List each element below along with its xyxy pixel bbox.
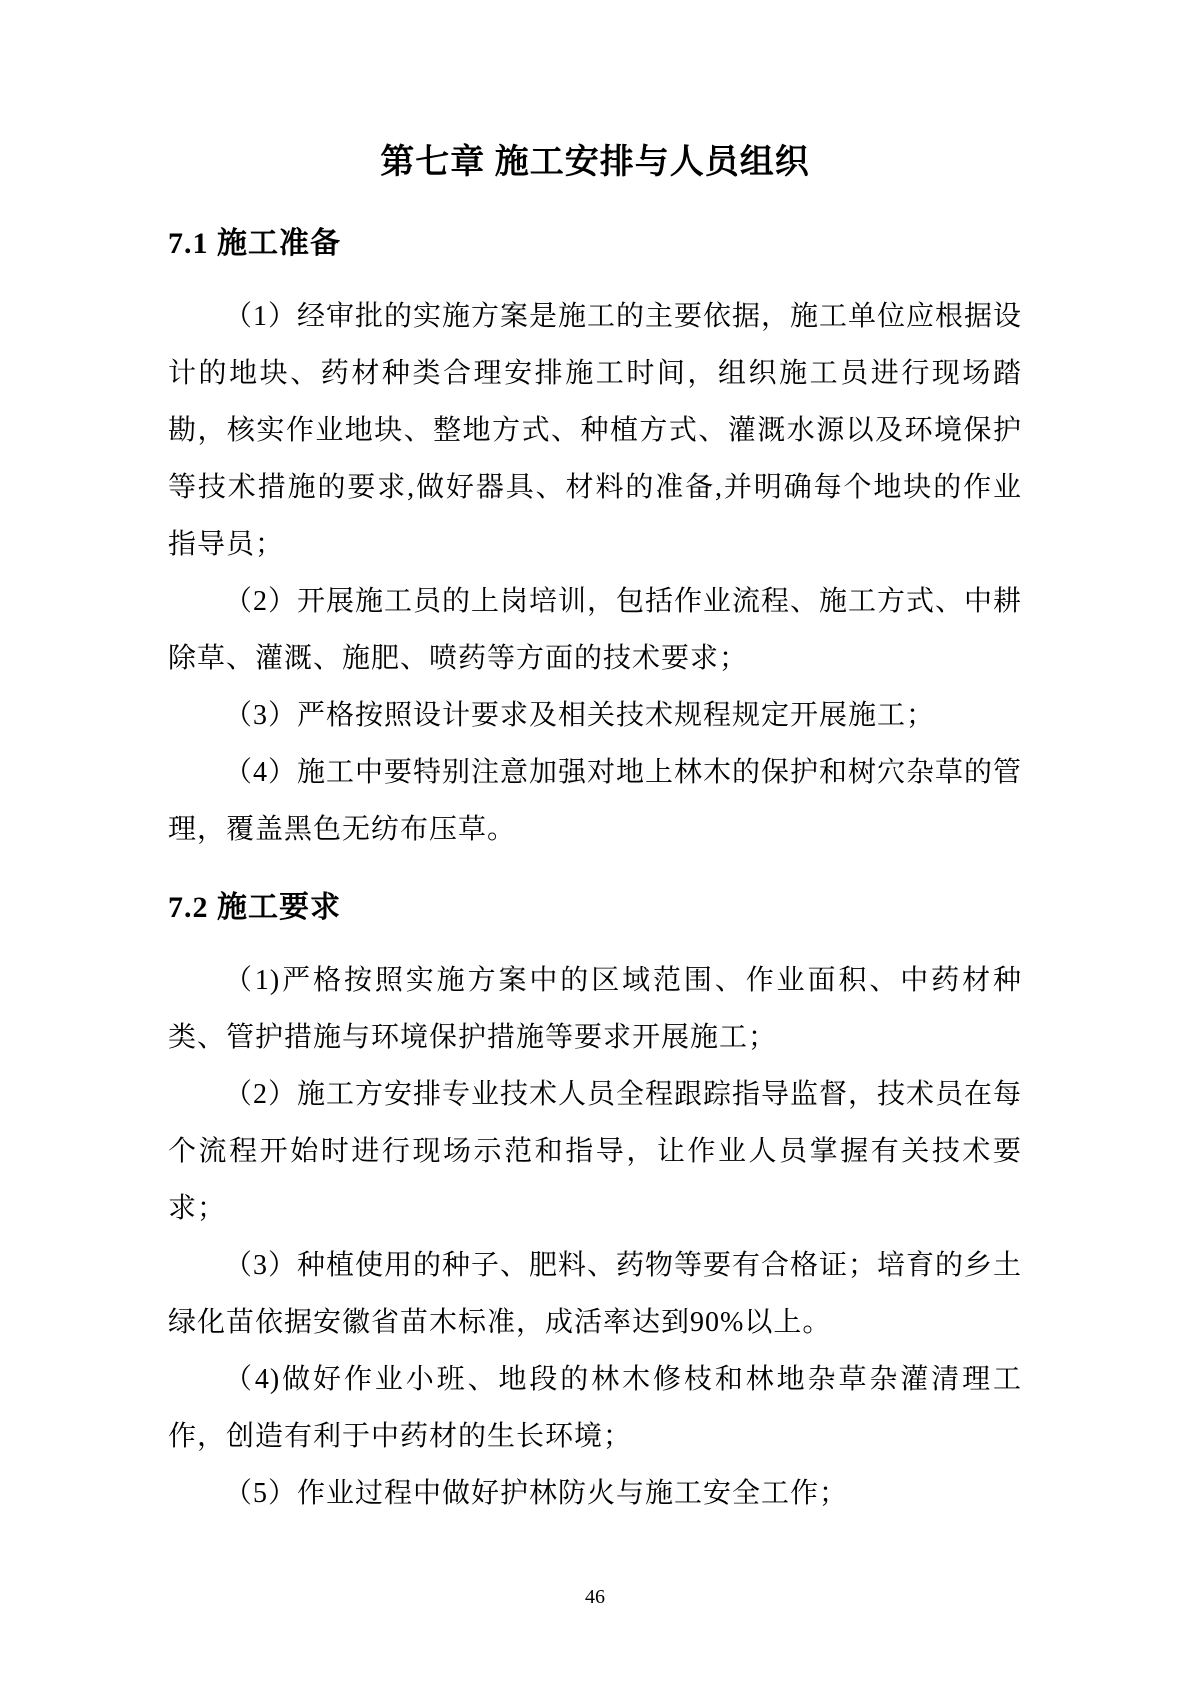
section-7-1-heading: 7.1 施工准备 (168, 224, 1022, 264)
section-7-2-paragraph-3: （3）种植使用的种子、肥料、药物等要有合格证；培育的乡土绿化苗依据安徽省苗木标准… (168, 1237, 1022, 1351)
section-7-2: 7.2 施工要求 （1)严格按照实施方案中的区域范围、作业面积、中药材种类、管护… (168, 888, 1022, 1522)
document-content: 第七章 施工安排与人员组织 7.1 施工准备 （1）经审批的实施方案是施工的主要… (0, 0, 1190, 1522)
section-7-1-paragraph-3: （3）严格按照设计要求及相关技术规程规定开展施工； (168, 687, 1022, 744)
section-7-2-heading: 7.2 施工要求 (168, 888, 1022, 928)
section-7-1-paragraph-2: （2）开展施工员的上岗培训，包括作业流程、施工方式、中耕除草、灌溉、施肥、喷药等… (168, 573, 1022, 687)
section-7-2-paragraph-5: （5）作业过程中做好护林防火与施工安全工作； (168, 1465, 1022, 1522)
section-7-1: 7.1 施工准备 （1）经审批的实施方案是施工的主要依据，施工单位应根据设计的地… (168, 224, 1022, 858)
section-7-2-paragraph-2: （2）施工方安排专业技术人员全程跟踪指导监督，技术员在每个流程开始时进行现场示范… (168, 1066, 1022, 1237)
section-7-2-paragraph-4: （4)做好作业小班、地段的林木修枝和林地杂草杂灌清理工作，创造有利于中药材的生长… (168, 1351, 1022, 1465)
section-7-1-paragraph-1: （1）经审批的实施方案是施工的主要依据，施工单位应根据设计的地块、药材种类合理安… (168, 288, 1022, 573)
section-7-1-paragraph-4: （4）施工中要特别注意加强对地上林木的保护和树穴杂草的管理，覆盖黑色无纺布压草。 (168, 744, 1022, 858)
chapter-title: 第七章 施工安排与人员组织 (168, 140, 1022, 186)
section-7-2-paragraph-1: （1)严格按照实施方案中的区域范围、作业面积、中药材种类、管护措施与环境保护措施… (168, 952, 1022, 1066)
document-page: 第七章 施工安排与人员组织 7.1 施工准备 （1）经审批的实施方案是施工的主要… (0, 0, 1190, 1683)
page-number: 46 (0, 1585, 1190, 1609)
